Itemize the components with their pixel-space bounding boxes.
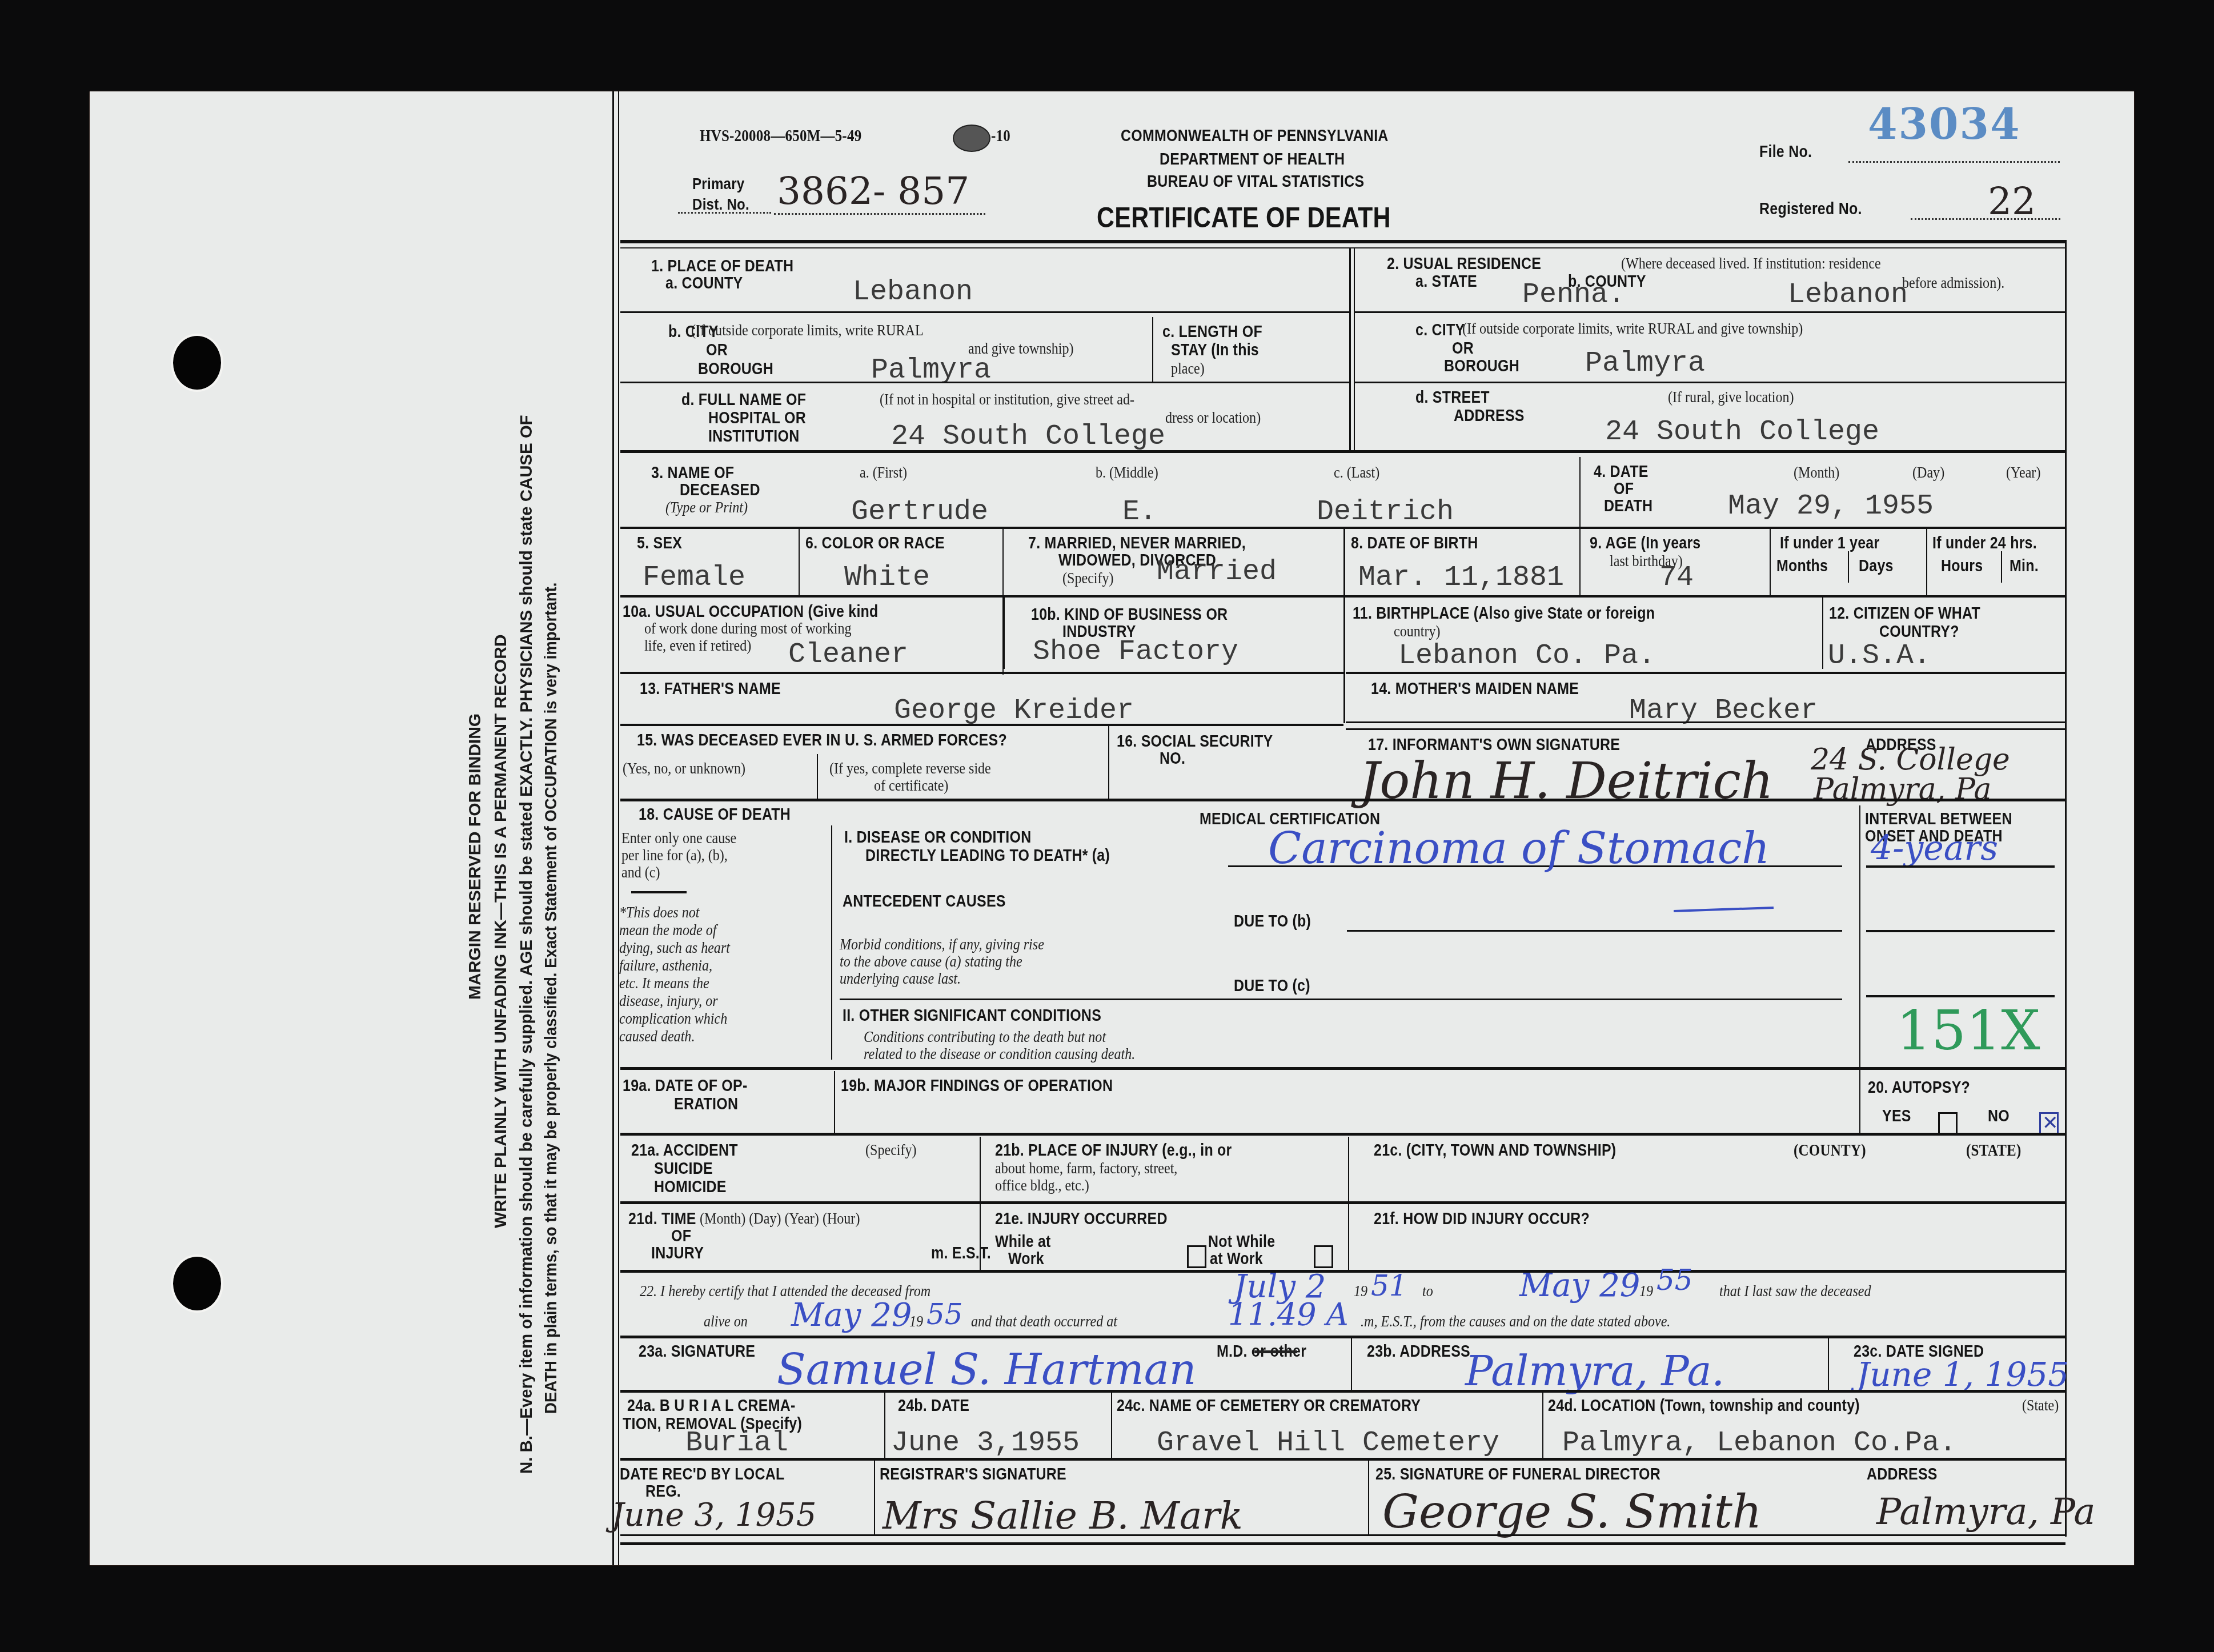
part1-label-2: DIRECTLY LEADING TO DEATH* (a): [865, 847, 1110, 865]
morbid-note-3: underlying cause last.: [840, 970, 961, 988]
divider: [1542, 1393, 1543, 1458]
divider: [1004, 598, 1005, 669]
punch-hole-bottom: [173, 1257, 221, 1310]
last-name-label: c. (Last): [1334, 464, 1379, 482]
primary-dist-label-2: Dist. No.: [692, 195, 749, 214]
agency-line-3: BUREAU OF VITAL STATISTICS: [1147, 173, 1364, 191]
not-while-at-work-checkbox[interactable]: [1314, 1245, 1333, 1268]
father-label: 13. FATHER'S NAME: [640, 680, 781, 698]
res-street-note: (If rural, give location): [1668, 388, 1794, 406]
rule: [620, 1534, 2065, 1536]
phys-address-value: Palmyra, Pa.: [1465, 1347, 1724, 1395]
res-street-label: d. STREET: [1415, 388, 1490, 407]
divider: [1108, 726, 1109, 800]
dod-label-3: DEATH: [1604, 497, 1653, 515]
rule: [1346, 672, 2065, 674]
accident-label-3: HOMICIDE: [654, 1178, 727, 1196]
divider: [1351, 1338, 1352, 1391]
rule: [620, 595, 2065, 598]
agency-line-2: DEPARTMENT OF HEALTH: [1160, 150, 1345, 169]
registered-no-line: [1911, 218, 2060, 220]
morbid-note-2: to the above cause (a) stating the: [840, 953, 1022, 971]
rule: [1346, 728, 2065, 730]
rule: [620, 1270, 2065, 1273]
registrar-sig-label: REGISTRAR'S SIGNATURE: [880, 1465, 1066, 1483]
business-label-1: 10b. KIND OF BUSINESS OR: [1031, 606, 1228, 624]
margin-nb-line1: N. B.—Every item of information should b…: [517, 415, 536, 1474]
age-label-1: 9. AGE (In years: [1590, 534, 1700, 552]
place-of-death-heading: 1. PLACE OF DEATH: [651, 257, 793, 275]
primary-dist-value: 3862- 857: [777, 169, 969, 213]
footnote-line: etc. It means the: [619, 975, 730, 992]
check-x-icon: ✕: [2042, 1112, 2059, 1134]
name-label-3: (Type or Print): [665, 499, 748, 516]
age-value: 74: [1659, 563, 1694, 594]
while-at-work-checkbox[interactable]: [1187, 1245, 1206, 1268]
date-recd-label-1: DATE REC'D BY LOCAL: [620, 1465, 784, 1483]
pod-county-label: a. COUNTY: [665, 274, 743, 292]
dod-label-1: 4. DATE: [1594, 463, 1649, 481]
armed-forces-note-2: (If yes, complete reverse side: [829, 760, 991, 777]
autopsy-yes-checkbox[interactable]: [1938, 1112, 1958, 1135]
footnote-line: mean the mode of: [619, 921, 730, 939]
header-rule-thin: [620, 247, 2065, 248]
cert-to-year-prefix: 19: [1639, 1282, 1653, 1300]
injury-time-cols: (Month) (Day) (Year) (Hour): [700, 1210, 860, 1228]
part2-note-1: Conditions contributing to the death but…: [864, 1028, 1106, 1046]
rule: [631, 891, 687, 893]
funeral-address-label: ADDRESS: [1867, 1465, 1938, 1483]
rule: [620, 672, 1343, 674]
divider: [1770, 529, 1771, 598]
rule: [620, 527, 2065, 529]
res-state-value: Penna.: [1522, 280, 1625, 311]
burial-type-label-1: 24a. B U R I A L CREMA-: [627, 1397, 796, 1415]
registered-no-label: Registered No.: [1759, 200, 1862, 218]
birthplace-label-2: country): [1394, 623, 1441, 640]
rule: [620, 724, 1343, 726]
divider: [874, 1461, 875, 1535]
birthplace-value: Lebanon Co. Pa.: [1398, 641, 1655, 672]
cert-to-year: 55: [1657, 1264, 1693, 1297]
file-no-line: [1848, 161, 2060, 163]
interval-a-value: 4-years: [1871, 828, 1998, 868]
res-state-label: a. STATE: [1415, 272, 1477, 291]
divider: [834, 1071, 835, 1134]
divider: [817, 754, 818, 799]
residence-note-1: (Where deceased lived. If institution: r…: [1621, 255, 1881, 272]
injury-occurred-label: 21e. INJURY OCCURRED: [995, 1210, 1168, 1228]
burial-type-value: Burial: [685, 1428, 788, 1459]
injury-city-label: 21c. (CITY, TOWN AND TOWNSHIP): [1374, 1141, 1616, 1160]
divider: [831, 825, 832, 1060]
footnote-line: caused death.: [619, 1028, 730, 1045]
pod-hospital-note-1: (If not in hospital or institution, give…: [880, 391, 1134, 408]
rule: [620, 1067, 2065, 1070]
sex-value: Female: [643, 563, 745, 594]
pod-county-value: Lebanon: [853, 277, 973, 308]
cert-alive-year-prefix: 19: [909, 1313, 923, 1330]
marital-label-1: 7. MARRIED, NEVER MARRIED,: [1028, 534, 1246, 552]
funeral-director-signature: George S. Smith: [1382, 1485, 1762, 1538]
pod-hospital-label-1: d. FULL NAME OF: [681, 391, 806, 409]
autopsy-no-label: NO: [1988, 1107, 2010, 1125]
interval-c-line: [1866, 995, 2055, 997]
injury-county-label: (COUNTY): [1794, 1141, 1866, 1160]
under-year-label: If under 1 year: [1780, 534, 1879, 552]
divider: [2001, 551, 2002, 583]
occupation-label-1: 10a. USUAL OCCUPATION (Give kind: [623, 603, 879, 621]
divider: [1152, 317, 1153, 383]
rule: [620, 382, 1349, 383]
interval-a-line: [1866, 865, 2055, 868]
mother-label: 14. MOTHER'S MAIDEN NAME: [1371, 680, 1579, 698]
divider: [1368, 1461, 1369, 1535]
how-injury-label: 21f. HOW DID INJURY OCCUR?: [1374, 1210, 1590, 1228]
burial-date-label: 24b. DATE: [898, 1397, 969, 1415]
rule: [620, 1201, 2065, 1204]
footnote-line: *This does not: [619, 904, 730, 921]
residence-heading: 2. USUAL RESIDENCE: [1387, 255, 1541, 273]
form-left-border: [612, 91, 614, 1565]
cause-instr-2: per line for (a), (b),: [621, 847, 728, 864]
cert-alive-year: 55: [926, 1298, 963, 1331]
injury-state-label: (STATE): [1966, 1141, 2022, 1160]
pod-city-or: OR: [706, 341, 728, 359]
date-of-death-value: May 29, 1955: [1728, 491, 1934, 522]
burial-state-label: (State): [2022, 1397, 2059, 1414]
while-work-label-2: Work: [1008, 1250, 1044, 1268]
occupation-label-2: of work done during most of working: [644, 620, 852, 637]
header-rule: [620, 240, 2065, 243]
coding-mark: 151X: [1896, 999, 2040, 1062]
form-code-suffix: -10: [991, 127, 1010, 145]
margin-write-plainly: WRITE PLAINLY WITH UNFADING INK—THIS IS …: [491, 635, 511, 1228]
cause-a-value: Carcinoma of Stomach: [1268, 823, 1770, 873]
not-while-label-1: Not While: [1208, 1233, 1275, 1251]
cert-line2-a: alive on: [704, 1313, 748, 1330]
business-value: Shoe Factory: [1033, 637, 1238, 668]
punch-hole-top: [173, 336, 221, 390]
signature-label: 23a. SIGNATURE: [639, 1342, 755, 1361]
first-name-value: Gertrude: [851, 497, 988, 528]
part2-label: II. OTHER SIGNIFICANT CONDITIONS: [843, 1007, 1101, 1025]
pod-stay-label-2: STAY (In this: [1171, 341, 1259, 359]
rule: [1355, 382, 2065, 383]
rule: [1355, 311, 2065, 313]
divider-1-2b: [1354, 248, 1355, 451]
middle-name-label: b. (Middle): [1096, 464, 1158, 482]
res-street-label-2: ADDRESS: [1454, 407, 1525, 425]
divider: [1111, 1393, 1112, 1458]
primary-dist-value-line: [774, 213, 985, 215]
rule: [620, 450, 2065, 453]
rule: [620, 1458, 2065, 1461]
pod-stay-label-3: place): [1171, 360, 1205, 378]
divider: [1579, 529, 1581, 598]
divider: [1926, 529, 1927, 598]
divider-1-2: [1349, 248, 1351, 451]
dob-value: Mar. 11,1881: [1358, 563, 1564, 594]
interval-b-line: [1866, 930, 2055, 932]
marital-label-3: (Specify): [1062, 570, 1114, 587]
divider: [1859, 1071, 1860, 1134]
due-to-c-label: DUE TO (c): [1234, 977, 1310, 995]
cause-footnote: *This does not mean the mode of dying, s…: [619, 904, 748, 1045]
divider: [1848, 551, 1849, 583]
name-label-2: DECEASED: [680, 481, 760, 499]
cert-to-word: to: [1422, 1282, 1433, 1300]
footnote-line: disease, injury, or: [619, 992, 730, 1010]
birthplace-label-1: 11. BIRTHPLACE (Also give State or forei…: [1353, 604, 1655, 623]
injury-place-label-1: 21b. PLACE OF INJURY (e.g., in or: [995, 1141, 1232, 1160]
autopsy-yes-label: YES: [1882, 1107, 1911, 1125]
union-label-icon: [953, 125, 990, 152]
burial-location-label: 24d. LOCATION (Town, township and county…: [1548, 1397, 1860, 1415]
divider: [884, 1393, 885, 1458]
burial-date-value: June 3,1955: [891, 1428, 1080, 1459]
cause-c-line: [840, 999, 1842, 1000]
under-day-label: If under 24 hrs.: [1932, 534, 2037, 552]
accident-label-1: 21a. ACCIDENT: [631, 1141, 738, 1160]
hours-label: Hours: [1941, 557, 1983, 575]
cert-from-year-prefix: 19: [1354, 1282, 1367, 1300]
while-work-label-1: While at: [995, 1233, 1051, 1251]
race-value: White: [844, 563, 930, 594]
physician-signature: Samuel S. Hartman: [777, 1345, 1196, 1394]
months-label: Months: [1776, 557, 1828, 575]
res-city-borough: BOROUGH: [1444, 357, 1519, 375]
cemetery-label: 24c. NAME OF CEMETERY OR CREMATORY: [1117, 1397, 1421, 1415]
sex-label: 5. SEX: [637, 534, 682, 552]
pod-stay-label-1: c. LENGTH OF: [1162, 323, 1262, 341]
part1-label-1: I. DISEASE OR CONDITION: [844, 828, 1031, 847]
cert-line2-b: and that death occurred at: [971, 1313, 1117, 1330]
cemetery-value: Gravel Hill Cemetery: [1157, 1428, 1499, 1459]
burial-location-value: Palmyra, Lebanon Co.Pa.: [1562, 1428, 1956, 1459]
date-recd-value: June 3, 1955: [611, 1497, 816, 1534]
res-street-value: 24 South College: [1605, 417, 1879, 448]
dob-label: 8. DATE OF BIRTH: [1351, 534, 1478, 552]
form-right-border: [2065, 240, 2067, 1537]
middle-name-value: E.: [1122, 497, 1157, 528]
margin-nb-line2: DEATH in plain terms, so that it may be …: [542, 583, 561, 1414]
form-code: HVS-20008—650M—5-49: [700, 127, 861, 145]
cause-heading: 18. CAUSE OF DEATH: [639, 805, 791, 824]
file-no-label: File No.: [1759, 143, 1812, 161]
informant-address-line-2: Palmyra, Pa: [1814, 772, 1992, 807]
divider: [1822, 598, 1823, 669]
pod-city-note-1: (If outside corporate limits, write RURA…: [691, 322, 924, 339]
injury-place-label-3: office bldg., etc.): [995, 1177, 1089, 1194]
primary-dist-line: [678, 212, 771, 214]
funeral-director-label: 25. SIGNATURE OF FUNERAL DIRECTOR: [1375, 1465, 1661, 1483]
residence-note-2: before admission).: [1902, 274, 2004, 292]
op-date-label-2: ERATION: [674, 1095, 738, 1113]
res-city-or: OR: [1452, 339, 1474, 358]
armed-forces-note-3: of certificate): [874, 777, 948, 795]
date-signed-value: June 1, 1955: [1856, 1355, 2069, 1394]
dod-day-label: (Day): [1912, 464, 1944, 482]
cert-from-year: 51: [1371, 1269, 1407, 1302]
pod-city-borough: BOROUGH: [698, 360, 773, 378]
registrar-signature: Mrs Sallie B. Mark: [883, 1494, 1243, 1538]
rule: [620, 1336, 2065, 1338]
cert-alive-date: May 29: [791, 1297, 912, 1334]
citizen-label-1: 12. CITIZEN OF WHAT: [1829, 604, 1980, 623]
rule: [620, 1133, 2065, 1136]
injury-time-label-2: OF: [671, 1227, 691, 1245]
res-city-note: (If outside corporate limits, write RURA…: [1462, 320, 1803, 338]
citizen-label-2: COUNTRY?: [1879, 623, 1959, 641]
rule: [620, 1390, 2065, 1393]
certificate-title: CERTIFICATE OF DEATH: [1097, 202, 1391, 233]
footnote-line: dying, such as heart: [619, 939, 730, 957]
res-city-value: Palmyra: [1585, 348, 1705, 379]
citizen-value: U.S.A.: [1828, 641, 1931, 672]
agency-line-1: COMMONWEALTH OF PENNSYLVANIA: [1121, 127, 1389, 145]
res-city-label: c. CITY: [1415, 321, 1465, 339]
funeral-address-value: Palmyra, Pa: [1876, 1491, 2095, 1533]
race-label: 6. COLOR OR RACE: [805, 534, 945, 552]
cause-b-line: [1347, 930, 1842, 932]
rule: [620, 1542, 2065, 1545]
dod-label-2: OF: [1614, 480, 1634, 498]
days-label: Days: [1859, 557, 1894, 575]
dod-year-label: (Year): [2006, 464, 2040, 482]
occupation-label-3: life, even if retired): [644, 637, 751, 655]
op-date-label-1: 19a. DATE OF OP-: [623, 1077, 747, 1095]
form-left-border-inner: [618, 91, 619, 1565]
cert-line1-b: that I last saw the deceased: [1719, 1282, 1871, 1300]
not-while-label-2: at Work: [1210, 1250, 1263, 1268]
name-label-1: 3. NAME OF: [651, 464, 734, 482]
part2-note-2: related to the disease or condition caus…: [864, 1045, 1135, 1063]
rule: [1346, 721, 2065, 723]
phys-address-label: 23b. ADDRESS: [1367, 1342, 1470, 1361]
pod-hospital-label-3: INSTITUTION: [708, 427, 799, 446]
morbid-note-1: Morbid conditions, if any, giving rise: [840, 936, 1044, 953]
cause-instr-1: Enter only one cause: [621, 829, 736, 847]
footnote-line: failure, asthenia,: [619, 957, 730, 975]
informant-address-line-1: 24 S. College: [1811, 743, 2010, 777]
interval-label-1: INTERVAL BETWEEN: [1865, 810, 2012, 828]
footnote-line: complication which: [619, 1010, 730, 1028]
cert-to-date: May 29: [1519, 1267, 1640, 1304]
ssn-label-1: 16. SOCIAL SECURITY: [1117, 732, 1273, 751]
injury-place-label-2: about home, farm, factory, street,: [995, 1160, 1177, 1177]
strikethrough: [1254, 1350, 1297, 1353]
armed-forces-note-1: (Yes, no, or unknown): [623, 760, 745, 777]
antecedent-label: ANTECEDENT CAUSES: [843, 892, 1006, 911]
cause-instr-3: and (c): [621, 864, 660, 881]
injury-time-est: m. E.S.T.: [931, 1244, 991, 1262]
accident-specify: (Specify): [865, 1141, 917, 1159]
father-value: George Kreider: [894, 696, 1134, 727]
primary-dist-label-1: Primary: [692, 175, 744, 193]
cert-line2-c: .m, E.S.T., from the causes and on the d…: [1361, 1313, 1670, 1330]
cert-death-time: 11.49 A: [1228, 1297, 1349, 1333]
autopsy-no-checkbox[interactable]: ✕: [2039, 1112, 2059, 1135]
marital-value: Married: [1157, 557, 1277, 588]
armed-forces-label: 15. WAS DECEASED EVER IN U. S. ARMED FOR…: [637, 731, 1007, 749]
due-to-b-label: DUE TO (b): [1234, 912, 1311, 931]
accident-label-2: SUICIDE: [654, 1160, 713, 1178]
file-no-stamp: 43034: [1868, 100, 2020, 149]
pod-hospital-label-2: HOSPITAL OR: [708, 409, 806, 427]
divider: [1343, 529, 1345, 723]
min-label: Min.: [2010, 557, 2039, 575]
rule: [620, 311, 1349, 313]
dod-month-label: (Month): [1794, 464, 1839, 482]
autopsy-label: 20. AUTOPSY?: [1868, 1078, 1970, 1097]
injury-time-label-3: INJURY: [651, 1244, 704, 1262]
op-findings-label: 19b. MAJOR FINDINGS OF OPERATION: [841, 1077, 1113, 1095]
occupation-value: Cleaner: [788, 640, 908, 671]
rule: [620, 799, 2065, 801]
first-name-label: a. (First): [860, 464, 907, 482]
last-name-value: Deitrich: [1317, 497, 1454, 528]
pod-hospital-value: 24 South College: [891, 422, 1165, 452]
divider: [1828, 1338, 1829, 1391]
ssn-label-2: NO.: [1160, 749, 1185, 768]
margin-binding-note: MARGIN RESERVED FOR BINDING: [466, 713, 485, 1000]
registered-no-value: 22: [1988, 179, 2036, 223]
divider: [1579, 457, 1581, 528]
pod-hospital-note-2: dress or location): [1165, 409, 1261, 427]
divider: [799, 529, 800, 598]
res-county-value: Lebanon: [1788, 280, 1908, 311]
injury-time-label-1: 21d. TIME: [628, 1210, 696, 1228]
